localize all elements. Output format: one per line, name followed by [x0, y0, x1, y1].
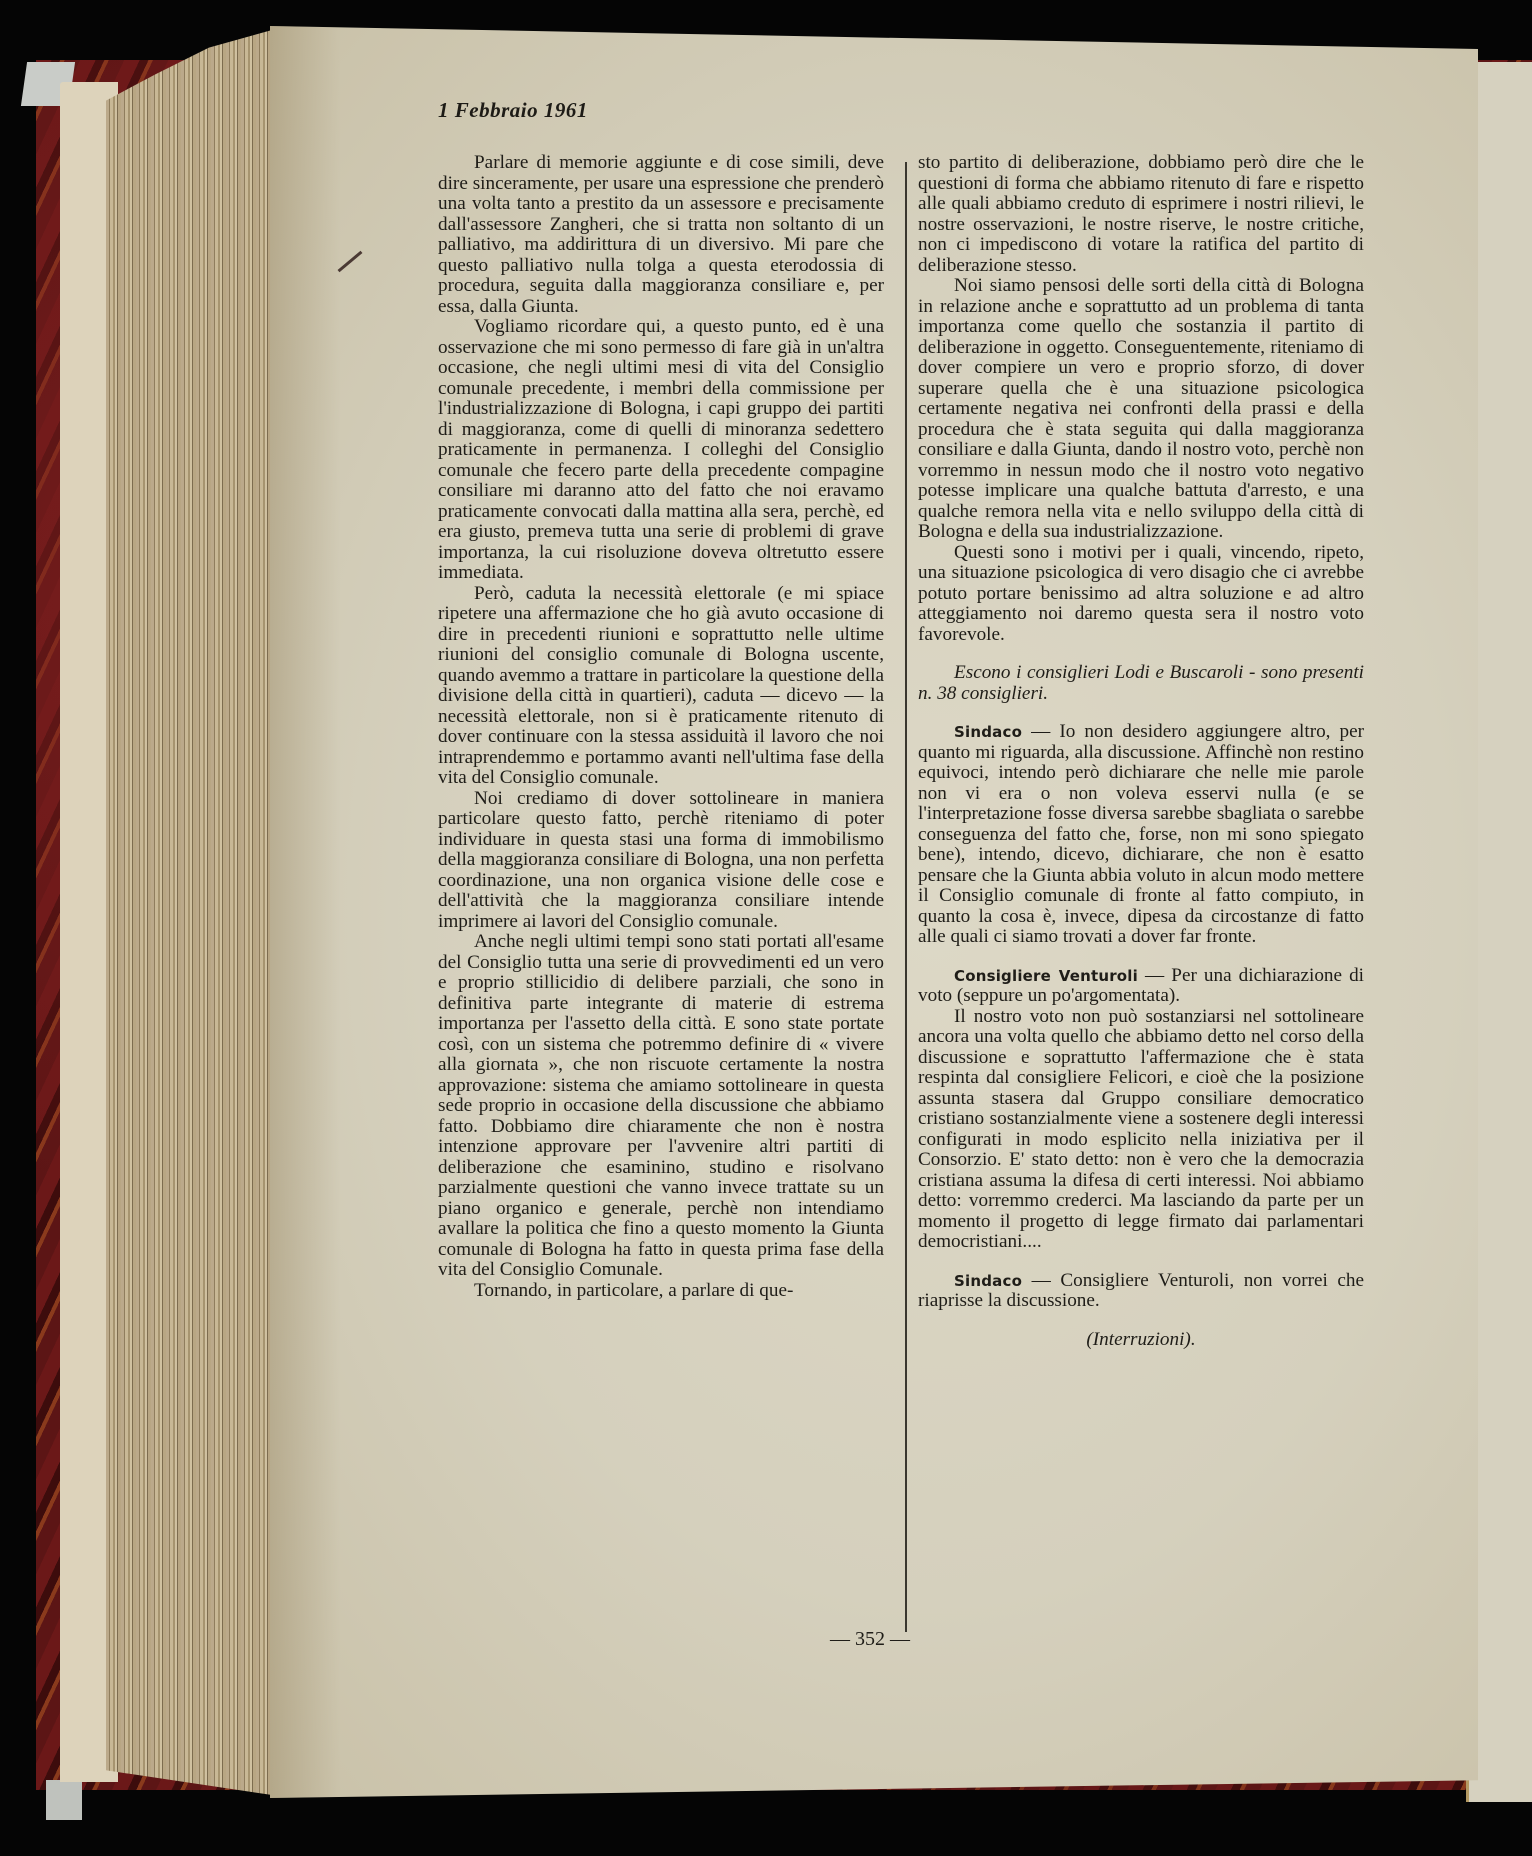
paragraph: Però, caduta la necessità elettorale (e … — [438, 584, 884, 789]
interruptions-note: (Interruzioni). — [918, 1330, 1364, 1351]
paragraph: Tornando, in particolare, a parlare di q… — [438, 1281, 884, 1302]
speaker-name: Consigliere Venturoli — [954, 967, 1138, 985]
paragraph: Parlare di memorie aggiunte e di cose si… — [438, 153, 884, 317]
speaker-name: Sindaco — [954, 1272, 1022, 1290]
paragraph: sto partito di deliberazione, dobbiamo p… — [918, 153, 1364, 276]
paragraph: Noi crediamo di dover sottolineare in ma… — [438, 789, 884, 933]
speech-sindaco: Sindaco — Io non desidero aggiungere alt… — [918, 722, 1364, 948]
paragraph: Vogliamo ricordare qui, a questo punto, … — [438, 317, 884, 584]
speaker-name: Sindaco — [954, 723, 1022, 741]
speech-venturoli: Consigliere Venturoli — Per una dichiara… — [918, 966, 1364, 1007]
paragraph: Questi sono i motivi per i quali, vincen… — [918, 543, 1364, 646]
speech-sindaco-2: Sindaco — Consigliere Venturoli, non vor… — [918, 1271, 1364, 1312]
paragraph: Anche negli ultimi tempi sono stati port… — [438, 932, 884, 1281]
stage-direction: Escono i consiglieri Lodi e Buscaroli - … — [918, 663, 1364, 704]
page-stack-edges — [106, 30, 272, 1795]
paragraph: Il nostro voto non può sostanziarsi nel … — [918, 1007, 1364, 1253]
paragraph: Noi siamo pensosi delle sorti della citt… — [918, 276, 1364, 543]
page-number: — 352 — — [830, 1628, 910, 1651]
column-divider — [905, 162, 907, 1632]
interruptions-text: (Interruzioni). — [1086, 1329, 1195, 1350]
cover-corner-bottom — [46, 1780, 82, 1820]
speech-text: — Io non desidero aggiungere altro, per … — [918, 721, 1364, 947]
running-head-date: 1 Febbraio 1961 — [438, 98, 588, 123]
right-column: sto partito di deliberazione, dobbiamo p… — [918, 153, 1364, 1350]
left-column: Parlare di memorie aggiunte e di cose si… — [438, 153, 884, 1301]
